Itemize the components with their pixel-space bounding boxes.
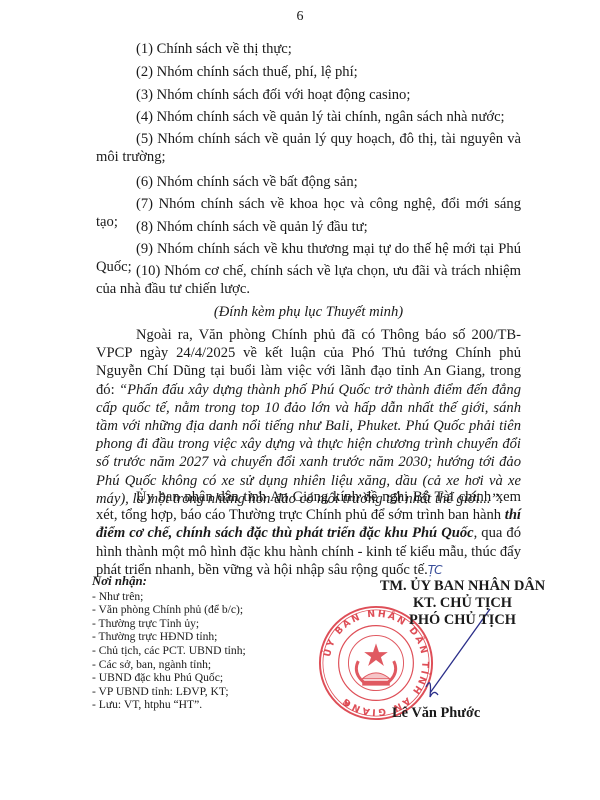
recipients-block: Nơi nhận: - Như trên; - Văn phòng Chính … bbox=[92, 575, 246, 712]
paragraph-conclusion: Ngoài ra, Văn phòng Chính phủ đã có Thôn… bbox=[96, 326, 521, 508]
signer-name: Lê Văn Phước bbox=[392, 705, 480, 722]
policy-item: (8) Nhóm chính sách về quản lý đầu tư; bbox=[96, 218, 521, 236]
policy-item: (10) Nhóm cơ chế, chính sách về lựa chọn… bbox=[96, 262, 521, 298]
recipient-item: - VP UBND tỉnh: LĐVP, KT; bbox=[92, 685, 246, 699]
recipient-item: - UBND đặc khu Phú Quốc; bbox=[92, 671, 246, 685]
policy-item: (5) Nhóm chính sách về quản lý quy hoạch… bbox=[96, 130, 521, 166]
handwritten-initials: ṬC bbox=[428, 563, 442, 577]
recipient-item: - Như trên; bbox=[92, 590, 246, 604]
recipient-item: - Thường trực Tỉnh ủy; bbox=[92, 617, 246, 631]
recipients-title: Nơi nhận: bbox=[92, 575, 246, 589]
recipient-item: - Văn phòng Chính phủ (để b/c); bbox=[92, 603, 246, 617]
policy-item: (6) Nhóm chính sách về bất động sản; bbox=[96, 173, 521, 191]
policy-item: (3) Nhóm chính sách đối với hoạt động ca… bbox=[96, 86, 521, 104]
recipient-item: - Các sở, ban, ngành tỉnh; bbox=[92, 658, 246, 672]
policy-item: (2) Nhóm chính sách thuế, phí, lệ phí; bbox=[96, 63, 521, 81]
page-number: 6 bbox=[0, 9, 600, 25]
request-lead: Ủy ban nhân dân tỉnh An Giang kính đề ng… bbox=[96, 489, 521, 523]
policy-item: (4) Nhóm chính sách về quản lý tài chính… bbox=[96, 108, 521, 126]
paragraph-request: Ủy ban nhân dân tỉnh An Giang kính đề ng… bbox=[96, 488, 521, 579]
signature-line-3: PHÓ CHỦ TỊCH bbox=[345, 612, 580, 629]
recipient-item: - Chủ tịch, các PCT. UBND tỉnh; bbox=[92, 644, 246, 658]
attachment-note: (Đính kèm phụ lục Thuyết minh) bbox=[96, 304, 521, 321]
policy-item: (1) Chính sách về thị thực; bbox=[96, 40, 521, 58]
signature-line-1: TM. ỦY BAN NHÂN DÂN bbox=[345, 578, 580, 595]
recipient-item: - Thường trực HĐND tỉnh; bbox=[92, 630, 246, 644]
signature-line-2: KT. CHỦ TỊCH bbox=[345, 595, 580, 612]
recipient-item: - Lưu: VT, htphu “HT”. bbox=[92, 698, 246, 712]
signature-block: TM. ỦY BAN NHÂN DÂN KT. CHỦ TỊCH PHÓ CHỦ… bbox=[345, 578, 580, 629]
